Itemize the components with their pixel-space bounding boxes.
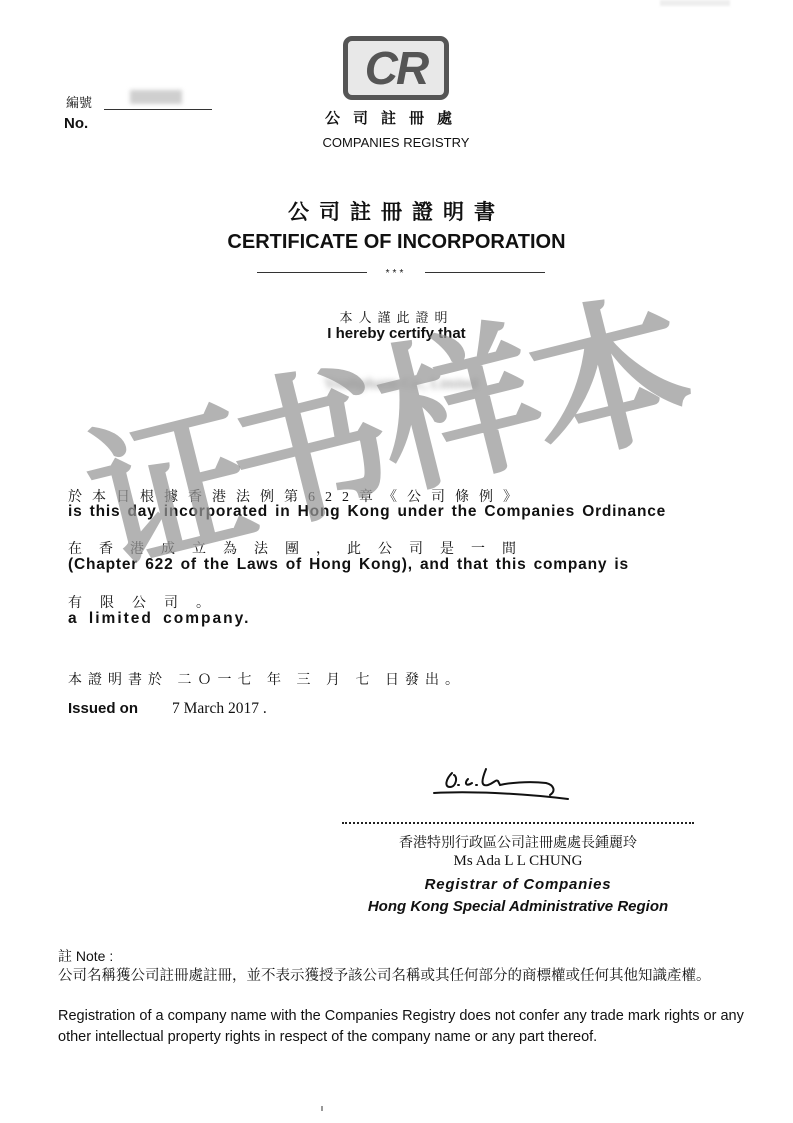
body-line-3-zh: 有限公司。 (68, 592, 228, 612)
issued-text-zh: 本證明書於 二Ｏ一七 年 三 月 七 日發出。 (68, 669, 465, 689)
number-label-zh: 編號 (66, 92, 92, 111)
registry-name-zh: 公司註冊處 (300, 107, 490, 128)
scan-artifact (321, 1106, 323, 1111)
registrar-signature (428, 765, 578, 805)
watermark-char: 样 (363, 313, 557, 507)
registrar-name-en: Ms Ada L L CHUNG (342, 853, 694, 870)
registrar-region: Hong Kong Special Administrative Region (330, 898, 706, 915)
divider-stars: *** (367, 268, 425, 279)
certificate-title-en: CERTIFICATE OF INCORPORATION (0, 231, 793, 254)
note-label: 註 Note : (58, 946, 113, 966)
scan-artifact (660, 0, 730, 6)
divider-right (425, 272, 545, 273)
note-text-zh: 公司名稱獲公司註冊處註冊，並不表示獲授予該公司名稱或其任何部分的商標權或任何其他… (58, 965, 758, 987)
signature-dotted-line (342, 822, 694, 824)
companies-registry-logo: CR (343, 36, 449, 100)
body-line-1-en: is this day incorporated in Hong Kong un… (68, 503, 666, 521)
body-line-2-zh: 在香港成立為法團，此公司是一間 (68, 538, 533, 558)
note-text-en: Registration of a company name with the … (58, 1006, 758, 1048)
registrar-title: Registrar of Companies (342, 876, 694, 893)
divider-left (257, 272, 367, 273)
certify-text-zh: 本人謹此證明 (0, 307, 793, 326)
issued-on-label: Issued on (68, 700, 138, 717)
body-line-2-en: (Chapter 622 of the Laws of Hong Kong), … (68, 556, 629, 574)
certificate-number-redacted: (redacted) (130, 90, 182, 104)
registrar-name-zh: 香港特別行政區公司註冊處處長鍾麗玲 (342, 832, 694, 852)
certify-text-en: I hereby certify that (0, 325, 793, 342)
logo-text: CR (348, 41, 444, 95)
number-label-en: No. (64, 115, 88, 132)
certificate-title-zh: 公司註冊證明書 (0, 196, 793, 226)
number-underline (104, 109, 212, 110)
body-line-3-en: a limited company. (68, 610, 250, 628)
registry-name-en: COMPANIES REGISTRY (290, 135, 502, 150)
issue-date: 7 March 2017 . (172, 700, 267, 718)
company-name-redacted: Youthpharm Co., Limited (306, 376, 496, 396)
